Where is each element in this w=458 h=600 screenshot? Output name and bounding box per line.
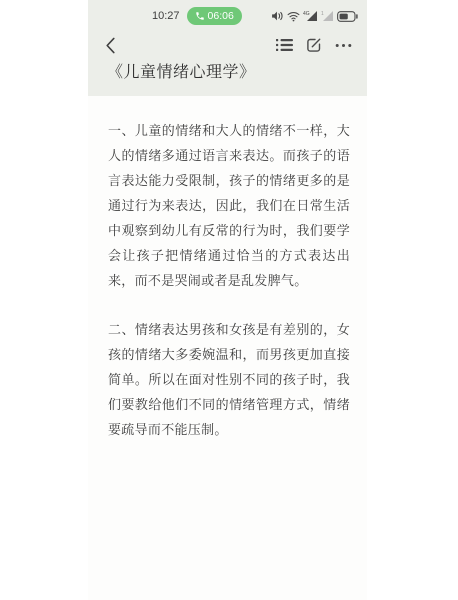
speaker-icon: [271, 10, 284, 22]
nav-toolbar: [88, 35, 367, 55]
svg-text:4G: 4G: [303, 11, 310, 17]
share-compose-icon: [306, 37, 322, 53]
ongoing-call-pill[interactable]: 06:06: [187, 7, 242, 25]
call-timer: 06:06: [208, 10, 234, 22]
status-time: 10:27: [152, 10, 180, 22]
back-button[interactable]: [105, 37, 116, 54]
share-compose-button[interactable]: [306, 37, 322, 53]
phone-icon: [195, 11, 205, 21]
contents-list-icon: [276, 38, 293, 52]
phone-screenshot: 10:27 06:06 4G 1: [88, 0, 367, 600]
wifi-icon: [287, 11, 300, 22]
nav-actions: [276, 37, 352, 53]
document-body: 一、儿童的情绪和大人的情绪不一样，大人的情绪多通过语言来表达。而孩子的语言表达能…: [88, 96, 367, 442]
paragraph-2: 二、情绪表达男孩和女孩是有差别的，女孩的情绪大多委婉温和，而男孩更加直接简单。所…: [108, 317, 350, 442]
more-button[interactable]: [335, 43, 352, 48]
status-bar: 10:27 06:06 4G 1: [88, 7, 367, 25]
contents-list-button[interactable]: [276, 38, 293, 52]
svg-text:1: 1: [321, 11, 324, 17]
signal-4g-primary-icon: 4G: [303, 10, 318, 22]
page-title: 《儿童情绪心理学》: [107, 64, 256, 81]
app-header: 10:27 06:06 4G 1: [88, 0, 367, 96]
back-chevron-icon: [105, 37, 116, 54]
paragraph-1: 一、儿童的情绪和大人的情绪不一样，大人的情绪多通过语言来表达。而孩子的语言表达能…: [108, 118, 350, 293]
title-row: 《儿童情绪心理学》: [88, 63, 367, 83]
more-icon: [335, 43, 352, 48]
status-icons: 4G 1: [271, 10, 358, 22]
battery-icon: [337, 11, 358, 22]
signal-secondary-icon: 1: [321, 10, 334, 22]
